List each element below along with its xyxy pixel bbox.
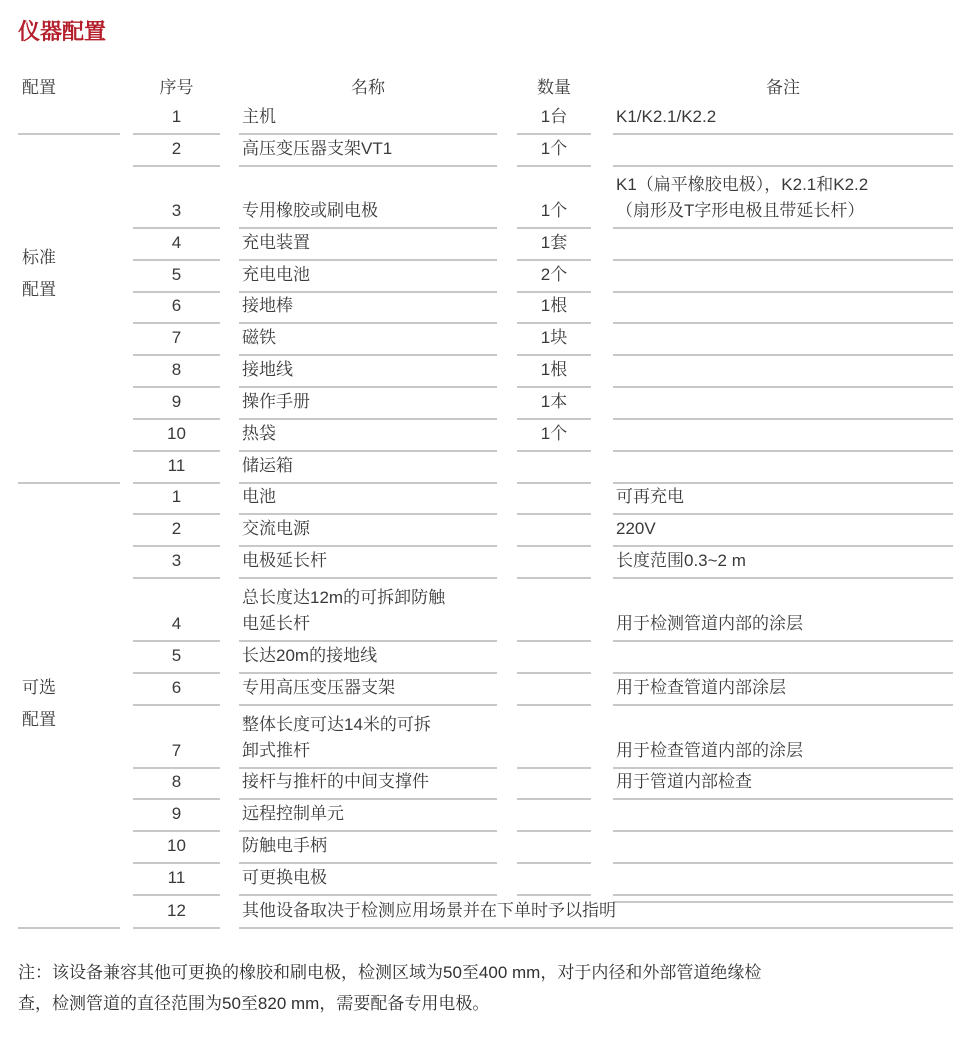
name-cell: 可更换电极 <box>239 863 497 895</box>
qty-cell: 1本 <box>517 387 591 419</box>
qty-cell: 1个 <box>517 166 591 228</box>
column-gap <box>220 134 239 166</box>
column-gap <box>220 451 239 483</box>
qty-cell <box>517 578 591 641</box>
column-gap <box>591 705 613 768</box>
remark-cell <box>613 863 953 895</box>
header-remark: 备注 <box>613 70 953 104</box>
column-gap <box>591 641 613 673</box>
column-gap <box>220 228 239 260</box>
index-cell: 10 <box>133 419 220 451</box>
index-cell: 9 <box>133 799 220 831</box>
column-gap <box>220 768 239 799</box>
table-row: 10 热袋 1个 <box>18 419 953 451</box>
name-cell: 远程控制单元 <box>239 799 497 831</box>
remark-cell: 长度范围0.3~2 m <box>613 546 953 578</box>
column-gap <box>220 546 239 578</box>
column-gap <box>591 228 613 260</box>
column-gap <box>497 514 517 546</box>
remark-cell: 用于检测管道内部的涂层 <box>613 578 953 641</box>
qty-cell <box>517 863 591 895</box>
name-cell: 磁铁 <box>239 323 497 355</box>
column-gap <box>497 578 517 641</box>
column-gap <box>497 355 517 387</box>
index-cell: 5 <box>133 260 220 292</box>
remark-cell <box>613 641 953 673</box>
table-row: 5 长达20m的接地线 <box>18 641 953 673</box>
name-cell: 专用橡胶或刷电极 <box>239 166 497 228</box>
column-gap <box>120 387 133 419</box>
column-gap <box>120 673 133 705</box>
section-label-optional: 可选 配置 <box>18 483 120 928</box>
qty-cell: 1根 <box>517 355 591 387</box>
header-config: 配置 <box>18 70 120 104</box>
column-gap <box>220 831 239 863</box>
column-gap <box>120 70 133 104</box>
name-cell: 交流电源 <box>239 514 497 546</box>
column-gap <box>497 705 517 768</box>
table-row: 6 接地棒 1根 <box>18 292 953 323</box>
column-gap <box>591 799 613 831</box>
column-gap <box>591 831 613 863</box>
name-cell-wide: 其他设备取决于检测应用场景并在下单时予以指明 <box>239 895 953 928</box>
column-gap <box>591 355 613 387</box>
qty-cell <box>517 451 591 483</box>
name-cell: 电池 <box>239 483 497 514</box>
name-cell: 高压变压器支架VT1 <box>239 134 497 166</box>
index-cell: 6 <box>133 292 220 323</box>
column-gap <box>220 895 239 928</box>
column-gap <box>591 768 613 799</box>
column-gap <box>220 323 239 355</box>
table-row: 7 磁铁 1块 <box>18 323 953 355</box>
index-cell: 2 <box>133 134 220 166</box>
column-gap <box>120 134 133 166</box>
name-cell: 电极延长杆 <box>239 546 497 578</box>
column-gap <box>497 292 517 323</box>
qty-cell <box>517 705 591 768</box>
column-gap <box>120 863 133 895</box>
config-spacer-cell <box>18 104 120 134</box>
column-gap <box>120 641 133 673</box>
table-row: 5 充电电池 2个 <box>18 260 953 292</box>
name-cell: 防触电手柄 <box>239 831 497 863</box>
table-row: 8 接地线 1根 <box>18 355 953 387</box>
page-title: 仪器配置 <box>18 18 960 46</box>
column-gap <box>120 546 133 578</box>
name-cell: 储运箱 <box>239 451 497 483</box>
qty-cell <box>517 483 591 514</box>
name-cell: 操作手册 <box>239 387 497 419</box>
table-row: 9 远程控制单元 <box>18 799 953 831</box>
column-gap <box>120 705 133 768</box>
remark-cell <box>613 260 953 292</box>
column-gap <box>497 863 517 895</box>
column-gap <box>591 292 613 323</box>
column-gap <box>120 799 133 831</box>
column-gap <box>591 134 613 166</box>
qty-cell <box>517 641 591 673</box>
column-gap <box>591 863 613 895</box>
column-gap <box>220 705 239 768</box>
index-cell: 1 <box>133 104 220 134</box>
qty-cell: 1个 <box>517 419 591 451</box>
column-gap <box>497 104 517 134</box>
index-cell: 3 <box>133 546 220 578</box>
index-cell: 8 <box>133 355 220 387</box>
column-gap <box>497 831 517 863</box>
column-gap <box>220 863 239 895</box>
column-gap <box>220 387 239 419</box>
column-gap <box>591 323 613 355</box>
column-gap <box>120 451 133 483</box>
index-cell: 4 <box>133 228 220 260</box>
remark-cell <box>613 292 953 323</box>
remark-cell <box>613 323 953 355</box>
column-gap <box>591 451 613 483</box>
qty-cell <box>517 799 591 831</box>
remark-cell: 可再充电 <box>613 483 953 514</box>
qty-cell <box>517 831 591 863</box>
column-gap <box>220 514 239 546</box>
name-cell: 充电装置 <box>239 228 497 260</box>
index-cell: 7 <box>133 705 220 768</box>
column-gap <box>220 419 239 451</box>
column-gap <box>120 578 133 641</box>
qty-cell: 1套 <box>517 228 591 260</box>
column-gap <box>497 483 517 514</box>
remark-cell <box>613 134 953 166</box>
table-row: 4 充电装置 1套 <box>18 228 953 260</box>
column-gap <box>220 483 239 514</box>
index-cell: 5 <box>133 641 220 673</box>
table-row: 8 接杆与推杆的中间支撑件 用于管道内部检查 <box>18 768 953 799</box>
table-row: 2 交流电源 220V <box>18 514 953 546</box>
column-gap <box>120 323 133 355</box>
qty-cell: 1个 <box>517 134 591 166</box>
header-row: 配置 序号 名称 数量 备注 <box>18 70 953 104</box>
column-gap <box>497 641 517 673</box>
column-gap <box>220 260 239 292</box>
column-gap <box>220 166 239 228</box>
column-gap <box>120 514 133 546</box>
column-gap <box>220 70 239 104</box>
column-gap <box>120 831 133 863</box>
column-gap <box>497 166 517 228</box>
column-gap <box>497 134 517 166</box>
column-gap <box>120 895 133 928</box>
column-gap <box>497 451 517 483</box>
column-gap <box>591 387 613 419</box>
column-gap <box>591 673 613 705</box>
column-gap <box>120 228 133 260</box>
table-row: 3 专用橡胶或刷电极 1个 K1（扁平橡胶电极），K2.1和K2.2 （扇形及T… <box>18 166 953 228</box>
remark-cell <box>613 387 953 419</box>
remark-cell: K1（扁平橡胶电极），K2.1和K2.2 （扇形及T字形电极且带延长杆） <box>613 166 953 228</box>
table-row: 12 其他设备取决于检测应用场景并在下单时予以指明 <box>18 895 953 928</box>
header-index: 序号 <box>133 70 220 104</box>
column-gap <box>591 70 613 104</box>
column-gap <box>120 166 133 228</box>
remark-cell <box>613 451 953 483</box>
name-cell: 接地棒 <box>239 292 497 323</box>
name-cell: 接地线 <box>239 355 497 387</box>
name-cell: 总长度达12m的可拆卸防触 电延长杆 <box>239 578 497 641</box>
column-gap <box>120 260 133 292</box>
table-row: 可选 配置 1 电池 可再充电 <box>18 483 953 514</box>
section-label-standard: 标准 配置 <box>18 134 120 483</box>
remark-cell <box>613 831 953 863</box>
column-gap <box>120 768 133 799</box>
name-cell: 长达20m的接地线 <box>239 641 497 673</box>
remark-cell: 用于检查管道内部的涂层 <box>613 705 953 768</box>
column-gap <box>220 292 239 323</box>
remark-cell: 用于检查管道内部涂层 <box>613 673 953 705</box>
index-cell: 10 <box>133 831 220 863</box>
index-cell: 6 <box>133 673 220 705</box>
column-gap <box>497 419 517 451</box>
column-gap <box>591 514 613 546</box>
table-row: 6 专用高压变压器支架 用于检查管道内部涂层 <box>18 673 953 705</box>
column-gap <box>120 419 133 451</box>
remark-cell <box>613 228 953 260</box>
qty-cell: 1台 <box>517 104 591 134</box>
column-gap <box>220 673 239 705</box>
index-cell: 11 <box>133 863 220 895</box>
column-gap <box>497 70 517 104</box>
name-cell: 整体长度可达14米的可拆 卸式推杆 <box>239 705 497 768</box>
column-gap <box>497 673 517 705</box>
header-qty: 数量 <box>517 70 591 104</box>
index-cell: 2 <box>133 514 220 546</box>
column-gap <box>220 104 239 134</box>
column-gap <box>591 483 613 514</box>
index-cell: 3 <box>133 166 220 228</box>
footnote: 注：该设备兼容其他可更换的橡胶和刷电极，检测区域为50至400 mm，对于内径和… <box>18 957 946 1019</box>
table-row: 9 操作手册 1本 <box>18 387 953 419</box>
column-gap <box>497 323 517 355</box>
index-cell: 8 <box>133 768 220 799</box>
name-cell: 热袋 <box>239 419 497 451</box>
name-cell: 主机 <box>239 104 497 134</box>
index-cell: 9 <box>133 387 220 419</box>
remark-cell: K1/K2.1/K2.2 <box>613 104 953 134</box>
column-gap <box>497 768 517 799</box>
equipment-table: 配置 序号 名称 数量 备注 1 主机 1台 K1/K2.1/K2.2 标准 配… <box>18 70 953 929</box>
qty-cell: 1块 <box>517 323 591 355</box>
column-gap <box>120 104 133 134</box>
remark-cell <box>613 799 953 831</box>
table-row: 7 整体长度可达14米的可拆 卸式推杆 用于检查管道内部的涂层 <box>18 705 953 768</box>
column-gap <box>591 546 613 578</box>
column-gap <box>220 355 239 387</box>
qty-cell <box>517 514 591 546</box>
remark-cell <box>613 355 953 387</box>
table-row: 标准 配置 2 高压变压器支架VT1 1个 <box>18 134 953 166</box>
table-row: 11 可更换电极 <box>18 863 953 895</box>
index-cell: 4 <box>133 578 220 641</box>
table-row: 1 主机 1台 K1/K2.1/K2.2 <box>18 104 953 134</box>
remark-cell: 220V <box>613 514 953 546</box>
column-gap <box>220 641 239 673</box>
column-gap <box>497 799 517 831</box>
table-row: 4 总长度达12m的可拆卸防触 电延长杆 用于检测管道内部的涂层 <box>18 578 953 641</box>
name-cell: 充电电池 <box>239 260 497 292</box>
index-cell: 11 <box>133 451 220 483</box>
name-cell: 专用高压变压器支架 <box>239 673 497 705</box>
index-cell: 12 <box>133 895 220 928</box>
table-row: 3 电极延长杆 长度范围0.3~2 m <box>18 546 953 578</box>
column-gap <box>497 228 517 260</box>
qty-cell <box>517 673 591 705</box>
index-cell: 7 <box>133 323 220 355</box>
column-gap <box>591 104 613 134</box>
column-gap <box>497 546 517 578</box>
column-gap <box>120 355 133 387</box>
column-gap <box>120 292 133 323</box>
remark-cell <box>613 419 953 451</box>
qty-cell: 2个 <box>517 260 591 292</box>
qty-cell: 1根 <box>517 292 591 323</box>
column-gap <box>220 799 239 831</box>
column-gap <box>497 387 517 419</box>
remark-cell: 用于管道内部检查 <box>613 768 953 799</box>
column-gap <box>591 578 613 641</box>
header-name: 名称 <box>239 70 497 104</box>
qty-cell <box>517 768 591 799</box>
column-gap <box>591 260 613 292</box>
column-gap <box>497 260 517 292</box>
column-gap <box>591 166 613 228</box>
table-row: 10 防触电手柄 <box>18 831 953 863</box>
column-gap <box>220 578 239 641</box>
column-gap <box>591 419 613 451</box>
index-cell: 1 <box>133 483 220 514</box>
table-row: 11 储运箱 <box>18 451 953 483</box>
name-cell: 接杆与推杆的中间支撑件 <box>239 768 497 799</box>
column-gap <box>120 483 133 514</box>
qty-cell <box>517 546 591 578</box>
